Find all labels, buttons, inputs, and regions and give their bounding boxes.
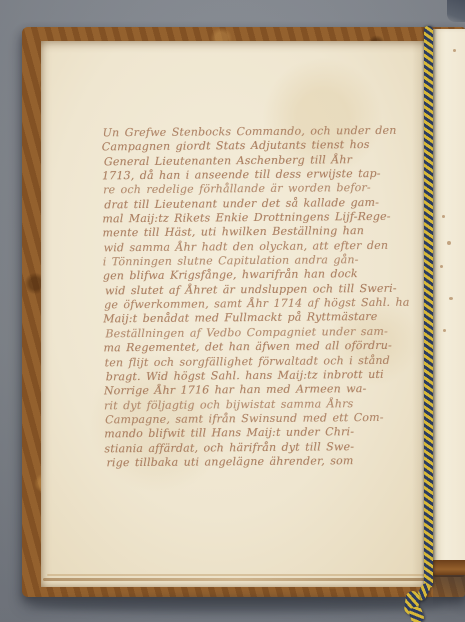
backdrop-corner-shadow bbox=[447, 0, 465, 22]
foxing-spot bbox=[449, 297, 453, 300]
photo-backdrop: Un Grefwe Stenbocks Commando, och under … bbox=[0, 0, 465, 622]
page-bottom-edge bbox=[43, 578, 430, 581]
manuscript-line: Campagnen giordt Stats Adjutants tienst … bbox=[102, 138, 408, 155]
facing-page-edge bbox=[433, 29, 465, 563]
manuscript-line: re och redelige förhållande är worden be… bbox=[103, 181, 408, 198]
foxing-spot bbox=[447, 241, 451, 245]
foxing-spot bbox=[440, 265, 443, 268]
cord-knot bbox=[393, 583, 439, 622]
foxing-spot bbox=[442, 215, 445, 218]
manuscript-line: ge öfwerkommen, samt Åhr 1714 af högst S… bbox=[104, 296, 409, 313]
manuscript-page: Un Grefwe Stenbocks Commando, och under … bbox=[41, 41, 432, 587]
foxing-spot bbox=[443, 329, 446, 332]
foxing-spot bbox=[453, 49, 456, 52]
manuscript-text: Un Grefwe Stenbocks Commando, och under … bbox=[102, 124, 411, 471]
manuscript-line: rige tillbaka uti angelägne ährender, so… bbox=[106, 454, 410, 471]
manuscript-line: Un Grefwe Stenbocks Commando, och under … bbox=[103, 124, 408, 141]
manuscript-line: ten flijt och sorgfällighet förwaltadt o… bbox=[105, 353, 410, 370]
bookmark-cord bbox=[424, 26, 433, 588]
page-stack-edge bbox=[47, 574, 428, 576]
book-drop-shadow bbox=[30, 597, 445, 613]
manuscript-line: Campagne, samt ifrån Swinsund med ett Co… bbox=[105, 411, 410, 428]
cord-knot-segment bbox=[408, 605, 425, 622]
manuscript-line: Beställningen af Vedbo Compagniet under … bbox=[105, 324, 409, 341]
manuscript-line: i Tönningen slutne Capitulation andra gå… bbox=[103, 253, 409, 270]
